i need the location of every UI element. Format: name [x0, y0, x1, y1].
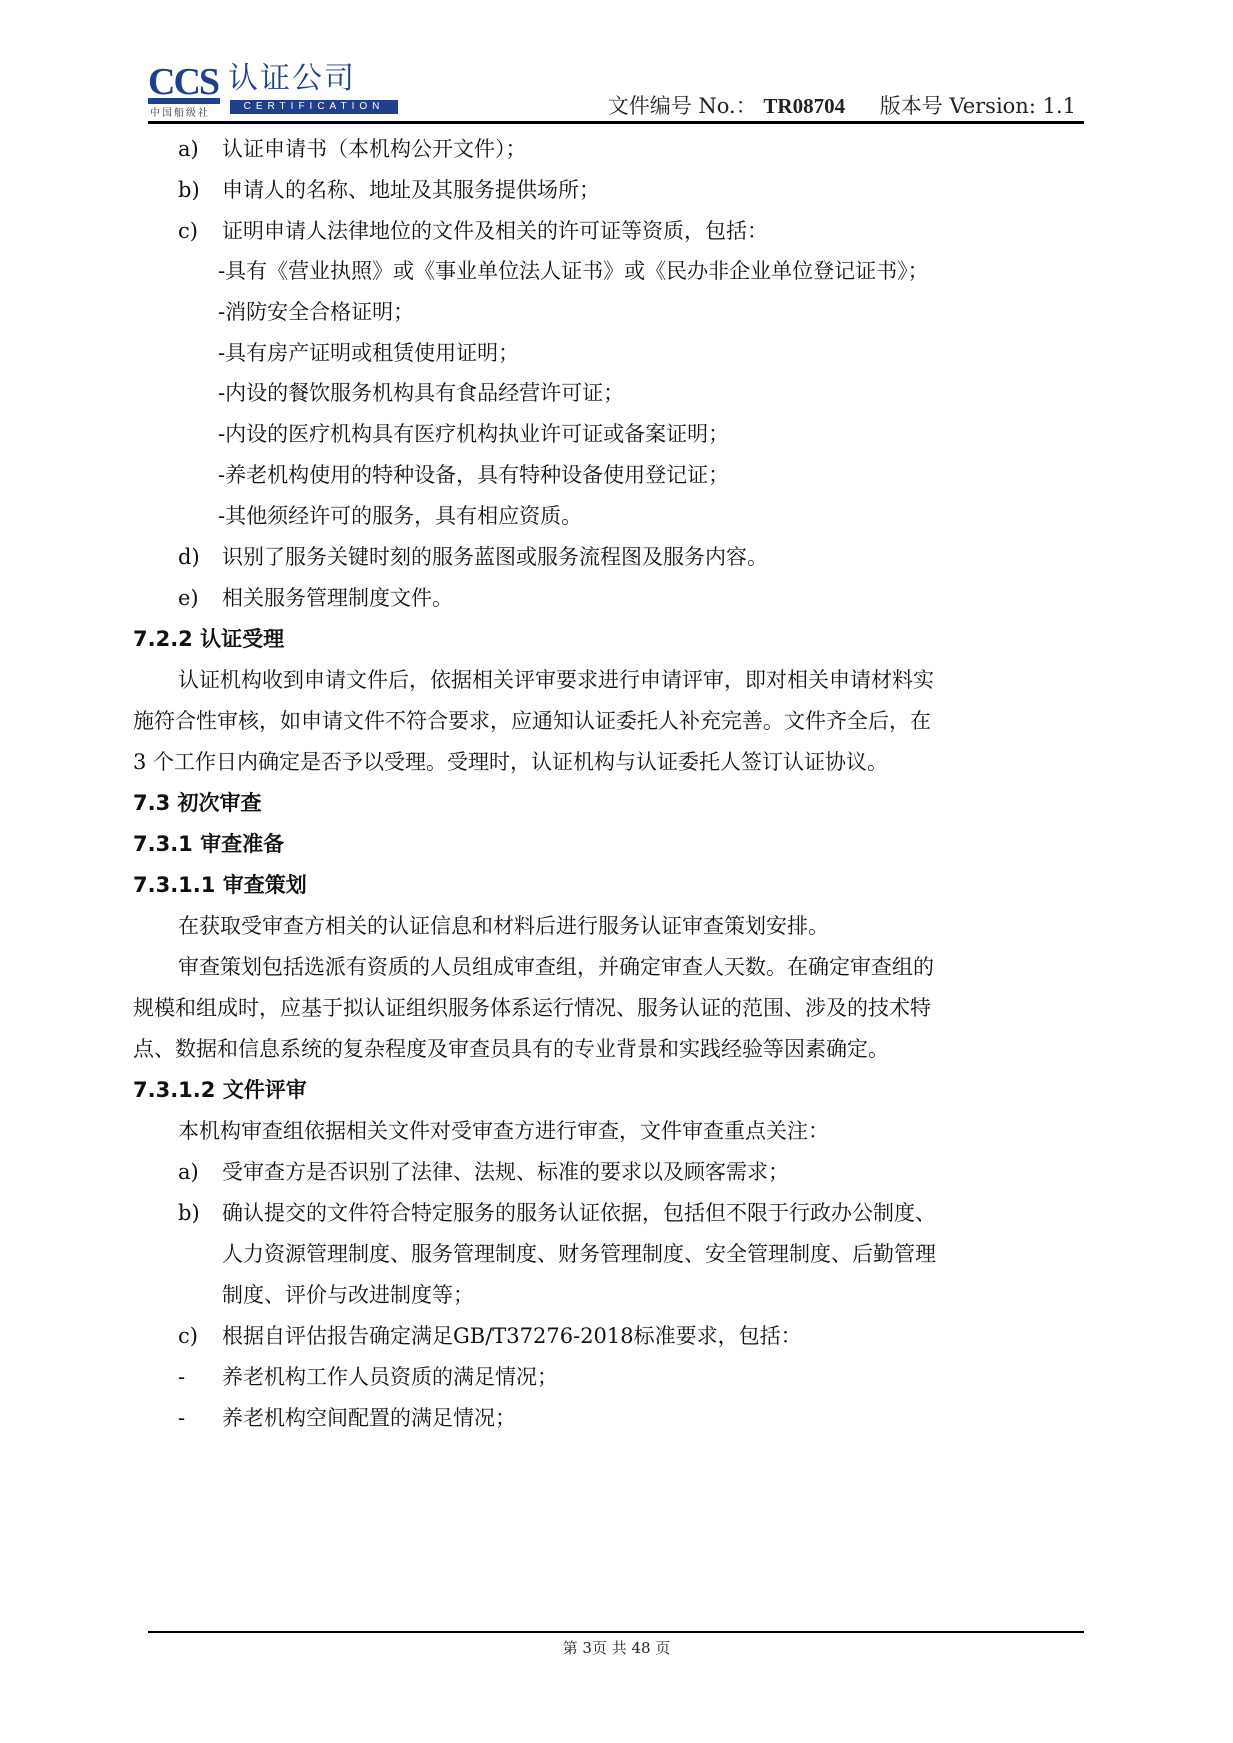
version-label: 版本号 Version:: [880, 94, 1043, 118]
sub-item: -其他须经许可的服务，具有相应资质。: [218, 502, 582, 530]
paragraph-line: 施符合性审核，如申请文件不符合要求，应通知认证委托人补充完善。文件齐全后，在: [133, 707, 931, 735]
sub-item: -内设的餐饮服务机构具有食品经营许可证；: [218, 379, 624, 407]
doc-no-label: 文件编号 No.：: [608, 94, 757, 118]
list-item: e)相关服务管理制度文件。: [178, 584, 453, 612]
list-label: c): [178, 217, 222, 245]
dash-label: -: [178, 1363, 222, 1391]
list-text: 认证申请书（本机构公开文件）；: [222, 137, 527, 161]
paragraph-line: 3 个工作日内确定是否予以受理。受理时，认证机构与认证委托人签订认证协议。: [133, 748, 888, 776]
list-text: 根据自评估报告确定满足GB/T37276-2018标准要求，包括：: [222, 1324, 802, 1348]
paragraph-line: 在获取受审查方相关的认证信息和材料后进行服务认证审查策划安排。: [178, 912, 829, 940]
dash-text: 养老机构工作人员资质的满足情况；: [222, 1365, 558, 1389]
list-item: b)申请人的名称、地址及其服务提供场所；: [178, 176, 600, 204]
list-label: c): [178, 1322, 222, 1350]
list-item: c)证明申请人法律地位的文件及相关的许可证等资质，包括：: [178, 217, 768, 245]
list-text: 证明申请人法律地位的文件及相关的许可证等资质，包括：: [222, 219, 768, 243]
paragraph-line: 规模和组成时，应基于拟认证组织服务体系运行情况、服务认证的范围、涉及的技术特: [133, 994, 931, 1022]
list-label: d): [178, 543, 222, 571]
list-item: a)受审查方是否识别了法律、法规、标准的要求以及顾客需求；: [178, 1158, 789, 1186]
paragraph-line: 认证机构收到申请文件后，依据相关评审要求进行申请评审，即对相关申请材料实: [178, 666, 934, 694]
section-heading-7-3-1-1: 7.3.1.1 审查策划: [133, 871, 307, 899]
list-item: c)根据自评估报告确定满足GB/T37276-2018标准要求，包括：: [178, 1322, 802, 1350]
list-item: b)确认提交的文件符合特定服务的服务认证依据，包括但不限于行政办公制度、: [178, 1199, 936, 1227]
section-heading-7-3: 7.3 初次审查: [133, 789, 262, 817]
footer-divider: [148, 1631, 1084, 1633]
dash-item: -养老机构工作人员资质的满足情况；: [178, 1363, 558, 1391]
logo-title-cn: 认证公司: [228, 62, 356, 96]
list-text: 识别了服务关键时刻的服务蓝图或服务流程图及服务内容。: [222, 545, 768, 569]
section-heading-7-3-1: 7.3.1 审查准备: [133, 830, 284, 858]
dash-item: -养老机构空间配置的满足情况；: [178, 1404, 516, 1432]
sub-item: -养老机构使用的特种设备，具有特种设备使用登记证；: [218, 461, 729, 489]
list-label: a): [178, 1158, 222, 1186]
sub-item: -消防安全合格证明；: [218, 298, 414, 326]
paragraph-line: 本机构审查组依据相关文件对受审查方进行审查，文件审查重点关注：: [178, 1117, 829, 1145]
list-label: a): [178, 135, 222, 163]
section-heading-7-3-1-2: 7.3.1.2 文件评审: [133, 1076, 307, 1104]
logo-title-en: CERTIFICATION: [230, 100, 398, 114]
sub-item: -内设的医疗机构具有医疗机构执业许可证或备案证明；: [218, 420, 729, 448]
list-text-continuation: 人力资源管理制度、服务管理制度、财务管理制度、安全管理制度、后勤管理: [222, 1240, 936, 1268]
list-text: 申请人的名称、地址及其服务提供场所；: [222, 178, 600, 202]
logo-mark: CCS: [148, 64, 218, 100]
document-meta: 文件编号 No.： TR08704 版本号 Version: 1.1: [608, 90, 1076, 120]
section-heading-7-2-2: 7.2.2 认证受理: [133, 625, 284, 653]
sub-item: -具有《营业执照》或《事业单位法人证书》或《民办非企业单位登记证书》；: [218, 257, 929, 285]
page-number: 第 3页 共 48 页: [0, 1637, 1233, 1658]
sub-item: -具有房产证明或租赁使用证明；: [218, 339, 519, 367]
list-label: e): [178, 584, 222, 612]
list-text: 确认提交的文件符合特定服务的服务认证依据，包括但不限于行政办公制度、: [222, 1201, 936, 1225]
doc-no: TR08704: [763, 94, 845, 118]
list-text-continuation: 制度、评价与改进制度等；: [222, 1281, 474, 1309]
list-item: d)识别了服务关键时刻的服务蓝图或服务流程图及服务内容。: [178, 543, 768, 571]
list-label: b): [178, 1199, 222, 1227]
page-header: CCS 中国船级社 认证公司 CERTIFICATION 文件编号 No.： T…: [148, 60, 1084, 116]
list-label: b): [178, 176, 222, 204]
list-item: a)认证申请书（本机构公开文件）；: [178, 135, 527, 163]
logo-society-cn: 中国船级社: [150, 104, 210, 119]
paragraph-line: 审查策划包括选派有资质的人员组成审查组，并确定审查人天数。在确定审查组的: [178, 953, 934, 981]
dash-text: 养老机构空间配置的满足情况；: [222, 1406, 516, 1430]
dash-label: -: [178, 1404, 222, 1432]
header-divider: [148, 121, 1084, 124]
paragraph-line: 点、数据和信息系统的复杂程度及审查员具有的专业背景和实践经验等因素确定。: [133, 1035, 889, 1063]
version: 1.1: [1043, 94, 1076, 118]
list-text: 相关服务管理制度文件。: [222, 586, 453, 610]
ccs-certification-logo: CCS 中国船级社 认证公司 CERTIFICATION: [148, 60, 408, 116]
list-text: 受审查方是否识别了法律、法规、标准的要求以及顾客需求；: [222, 1160, 789, 1184]
